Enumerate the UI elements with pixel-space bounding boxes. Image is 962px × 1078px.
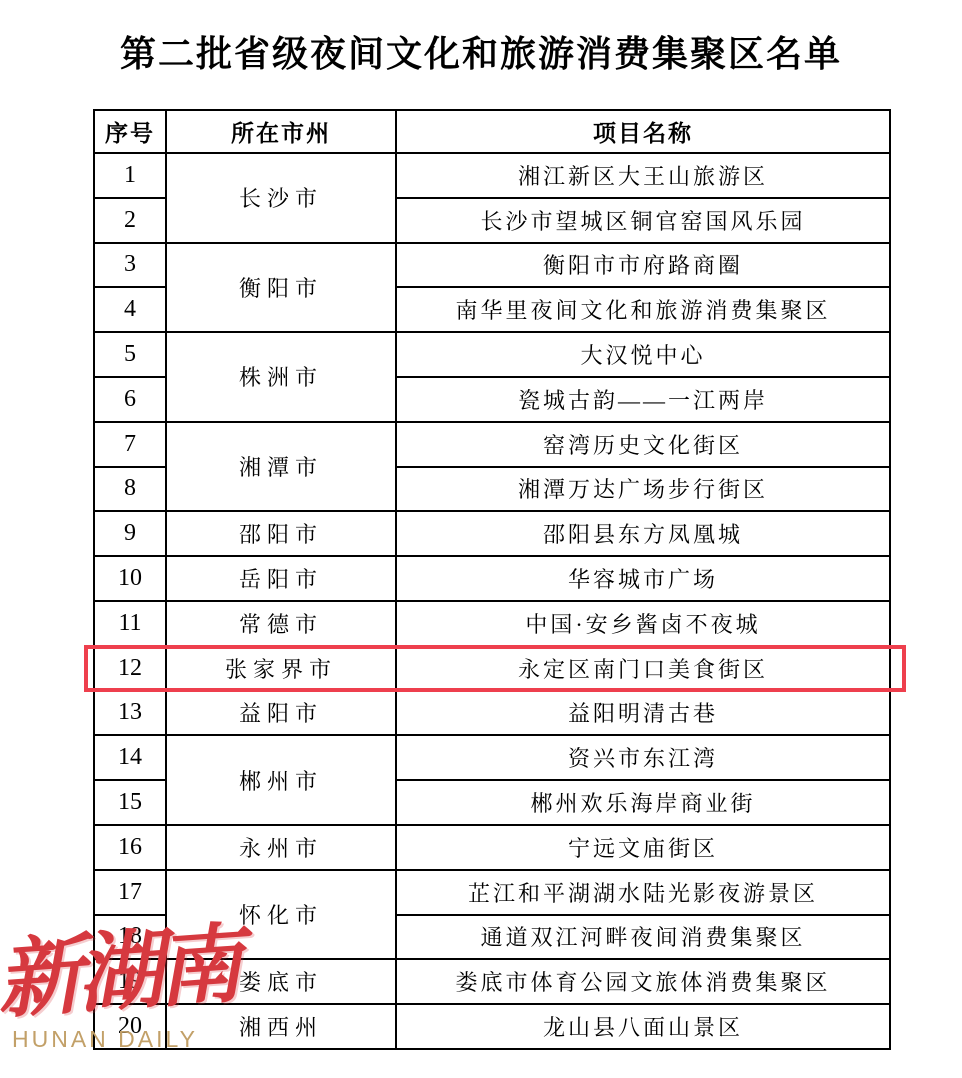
row-no: 14: [94, 735, 166, 780]
hunan-daily-logo: 新湖南 HUNAN DAILY: [0, 938, 240, 1053]
table-row: 13 益阳市 益阳明清古巷: [94, 691, 890, 736]
project-cell: 湘江新区大王山旅游区: [396, 153, 890, 198]
project-cell: 宁远文庙街区: [396, 825, 890, 870]
project-cell: 娄底市体育公园文旅体消费集聚区: [396, 959, 890, 1004]
project-cell: 龙山县八面山景区: [396, 1004, 890, 1049]
city-cell: 张家界市: [166, 646, 396, 691]
table-row: 7 湘潭市 窑湾历史文化街区: [94, 422, 890, 467]
row-no: 4: [94, 287, 166, 332]
table-row: 5 株洲市 大汉悦中心: [94, 332, 890, 377]
project-cell: 芷江和平湖湖水陆光影夜游景区: [396, 870, 890, 915]
city-cell: 株洲市: [166, 332, 396, 422]
project-cell: 邵阳县东方凤凰城: [396, 511, 890, 556]
row-no: 1: [94, 153, 166, 198]
column-header-project: 项目名称: [396, 110, 890, 153]
city-cell: 永州市: [166, 825, 396, 870]
table-row: 9 邵阳市 邵阳县东方凤凰城: [94, 511, 890, 556]
project-cell: 资兴市东江湾: [396, 735, 890, 780]
project-cell: 衡阳市市府路商圈: [396, 243, 890, 288]
table-row-highlighted: 12 张家界市 永定区南门口美食街区: [94, 646, 890, 691]
project-cell: 益阳明清古巷: [396, 691, 890, 736]
city-cell: 郴州市: [166, 735, 396, 825]
city-cell: 益阳市: [166, 691, 396, 736]
city-cell: 常德市: [166, 601, 396, 646]
row-no: 10: [94, 556, 166, 601]
city-cell: 岳阳市: [166, 556, 396, 601]
row-no: 2: [94, 198, 166, 243]
logo-subtitle: HUNAN DAILY: [12, 1026, 240, 1053]
row-no: 7: [94, 422, 166, 467]
row-no: 17: [94, 870, 166, 915]
table-header-row: 序号 所在市州 项目名称: [94, 110, 890, 153]
column-header-city: 所在市州: [166, 110, 396, 153]
row-no: 8: [94, 467, 166, 512]
project-cell: 瓷城古韵——一江两岸: [396, 377, 890, 422]
document-page: 第二批省级夜间文化和旅游消费集聚区名单 序号 所在市州 项目名称 1 长沙市 湘…: [0, 0, 962, 1078]
project-cell: 郴州欢乐海岸商业街: [396, 780, 890, 825]
row-no: 16: [94, 825, 166, 870]
table-row: 1 长沙市 湘江新区大王山旅游区: [94, 153, 890, 198]
table-row: 10 岳阳市 华容城市广场: [94, 556, 890, 601]
city-cell: 长沙市: [166, 153, 396, 243]
table-row: 14 郴州市 资兴市东江湾: [94, 735, 890, 780]
table-row: 17 怀化市 芷江和平湖湖水陆光影夜游景区: [94, 870, 890, 915]
table-row: 3 衡阳市 衡阳市市府路商圈: [94, 243, 890, 288]
table-row: 11 常德市 中国·安乡酱卤不夜城: [94, 601, 890, 646]
row-no: 13: [94, 691, 166, 736]
project-cell: 通道双江河畔夜间消费集聚区: [396, 915, 890, 960]
consumption-zone-table: 序号 所在市州 项目名称 1 长沙市 湘江新区大王山旅游区 2 长沙市望城区铜官…: [93, 109, 891, 1050]
row-no: 12: [94, 646, 166, 691]
table-row: 16 永州市 宁远文庙街区: [94, 825, 890, 870]
row-no: 9: [94, 511, 166, 556]
row-no: 15: [94, 780, 166, 825]
row-no: 11: [94, 601, 166, 646]
project-cell: 窑湾历史文化街区: [396, 422, 890, 467]
row-no: 3: [94, 243, 166, 288]
project-cell: 湘潭万达广场步行街区: [396, 467, 890, 512]
logo-brand-calligraphy: 新湖南: [0, 921, 239, 1024]
column-header-no: 序号: [94, 110, 166, 153]
row-no: 5: [94, 332, 166, 377]
project-cell: 中国·安乡酱卤不夜城: [396, 601, 890, 646]
city-cell: 湘潭市: [166, 422, 396, 512]
project-cell: 华容城市广场: [396, 556, 890, 601]
project-cell: 大汉悦中心: [396, 332, 890, 377]
row-no: 6: [94, 377, 166, 422]
project-cell: 南华里夜间文化和旅游消费集聚区: [396, 287, 890, 332]
city-cell: 衡阳市: [166, 243, 396, 333]
project-cell: 长沙市望城区铜官窑国风乐园: [396, 198, 890, 243]
project-cell: 永定区南门口美食街区: [396, 646, 890, 691]
page-title: 第二批省级夜间文化和旅游消费集聚区名单: [0, 26, 962, 77]
city-cell: 邵阳市: [166, 511, 396, 556]
